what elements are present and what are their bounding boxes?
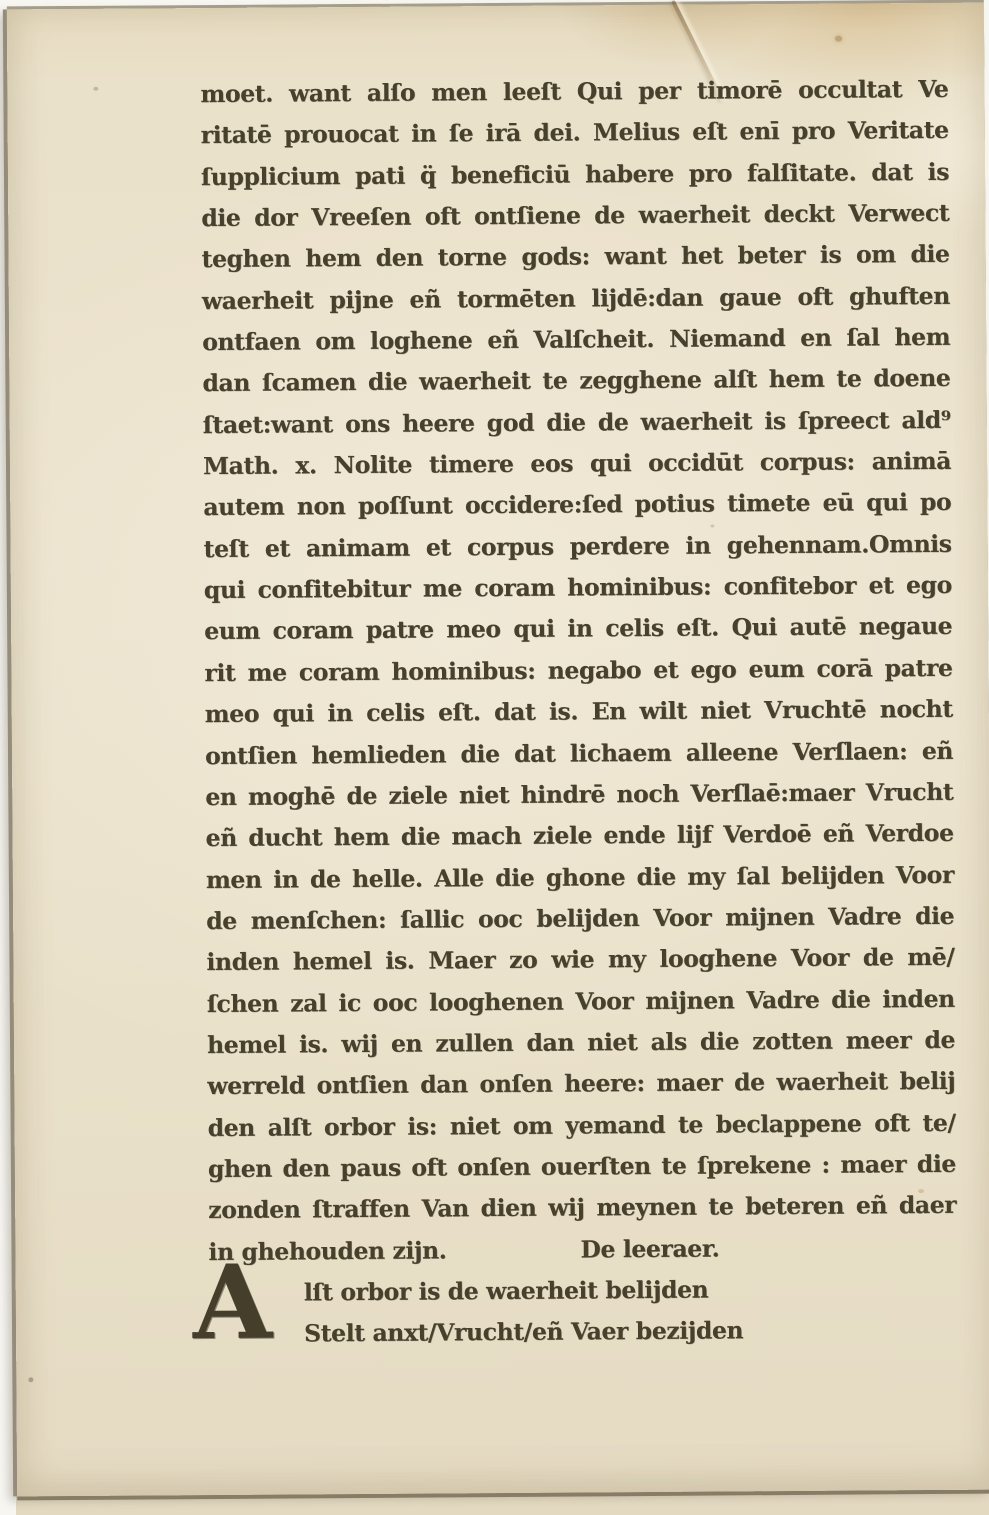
text-line: ritatē prouocat in ſe irā dei. Melius eſ… <box>201 110 949 157</box>
text-line: men in de helle. Alle die ghone die my ſ… <box>206 854 954 901</box>
verse-line: lſt orbor is de waerheit belijden <box>209 1268 957 1315</box>
text-line: ontſien hemlieden die dat lichaem alleen… <box>205 730 953 777</box>
text-line: meo qui in celis eſt. dat is. En wilt ni… <box>205 689 953 736</box>
text-line: waerheit pijne eñ tormēten lijdē:dan gau… <box>202 276 950 323</box>
text-line: de menſchen: ſallic ooc belijden Voor mi… <box>206 896 954 943</box>
text-line: moet. want alſo men leeſt Qui per timorē… <box>200 69 948 116</box>
text-line: hemel is. wij en zullen dan niet als die… <box>207 1020 955 1067</box>
text-line: teghen hem den torne gods: want het bete… <box>201 234 949 281</box>
text-line: zonden ſtraffen Van dien wij meynen te b… <box>208 1185 956 1232</box>
stain-spot <box>835 36 842 42</box>
text-line: rit me coram hominibus: negabo et ego eu… <box>204 648 952 695</box>
drop-cap: A <box>193 1259 273 1348</box>
text-line: en moghē de ziele niet hindrē noch Verſl… <box>205 772 953 819</box>
text-line: ghen den paus oft onſen ouerſten te ſpre… <box>208 1144 956 1191</box>
text-line: ſtaet:want ons heere god die de waerheit… <box>203 400 951 447</box>
text-line: inden hemel is. Maer zo wie my looghene … <box>206 937 954 984</box>
text-line: ſchen zal ic ooc looghenen Voor mijnen V… <box>207 978 955 1025</box>
speaker-heading: De leeraer. <box>580 1228 719 1270</box>
stain-spot <box>93 87 98 91</box>
text-line: werreld ontſien dan onſen heere: maer de… <box>207 1061 955 1108</box>
text-line: eñ ducht hem die mach ziele ende lijf Ve… <box>205 813 953 860</box>
text-line: dan ſcamen die waerheit te zegghene alſt… <box>202 358 950 405</box>
book-page: moet. want alſo men leeſt Qui per timorē… <box>7 3 989 1497</box>
text-block: moet. want alſo men leeſt Qui per timorē… <box>200 69 957 1356</box>
text-line: die dor Vreeſen oft ontſiene de waerheit… <box>201 193 949 240</box>
text-line: eum coram patre meo qui in celis eſt. Qu… <box>204 606 952 653</box>
text-line: teſt et animam et corpus perdere in gehe… <box>203 524 951 571</box>
text-line: autem non poſſunt occidere:ſed potius ti… <box>203 482 951 529</box>
text-line: ſupplicium pati q̈ beneficiū habere pro … <box>201 152 949 199</box>
text-line: den alſt orbor is: niet om yemand te bec… <box>207 1102 955 1149</box>
scan-background: moet. want alſo men leeſt Qui per timorē… <box>0 0 989 1515</box>
stain-spot <box>28 1377 33 1382</box>
verse-line: Stelt anxt/Vrucht/eñ Vaer bezijden <box>209 1309 957 1356</box>
text-line: Math. x. Nolite timere eos qui occidūt c… <box>203 441 951 488</box>
footer-row: in ghehouden zijn. De leeraer. <box>208 1226 956 1273</box>
text-line: qui confitebitur me coram hominibus: con… <box>204 565 952 612</box>
text-line: ontfaen om loghene eñ Valſcheit. Niemand… <box>202 317 950 364</box>
